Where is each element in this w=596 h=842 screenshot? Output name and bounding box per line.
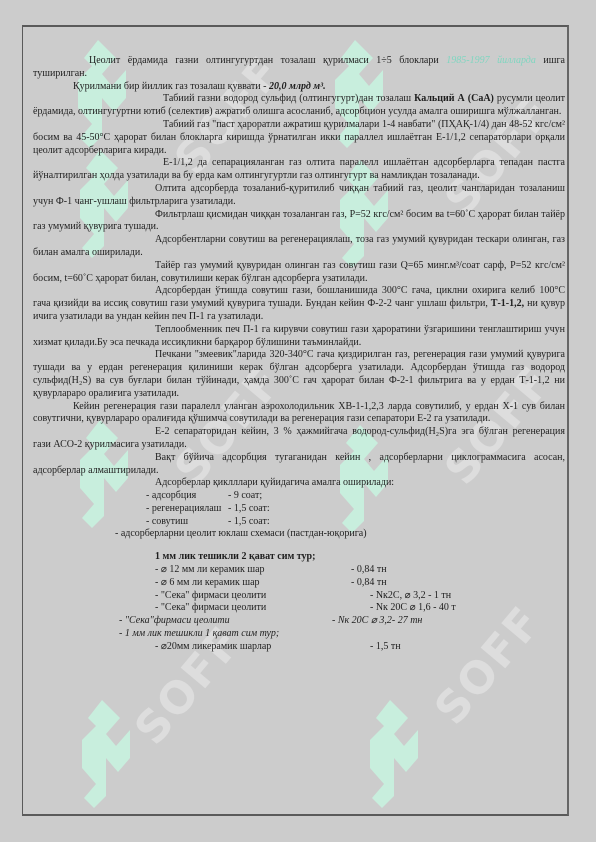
paragraph: Адсорбентларни совутиш ва регенерациялаш…: [33, 234, 565, 260]
paragraph: Кейин регенерация гази паралелл уланган …: [33, 401, 565, 427]
loading-item: - "Сека"фирмаси цеолити- Nк 20С ⌀ 3,2- 2…: [33, 615, 565, 628]
cycle-item: - адсорбция- 9 соат;: [33, 490, 565, 503]
zeolite-name: Кальций А (СаА): [414, 93, 494, 104]
loading-item-value: - Nк2С, ⌀ 3,2 - 1 тн: [370, 590, 451, 603]
loading-item-name: - ⌀ 12 мм ли керамик шар: [155, 564, 351, 577]
paragraph: Табиий газни водород сульфид (олтингугур…: [33, 93, 565, 119]
paragraph-text: Қурилмани бир йиллик газ тозалаш қуввати…: [73, 81, 269, 92]
equipment-code: Т-1-1,2,: [491, 298, 524, 309]
cycle-list: - адсорбция- 9 соат; - регенерациялаш- 1…: [33, 490, 565, 528]
cycle-name: - регенерациялаш: [146, 503, 228, 516]
capacity-value: 20,0 млрд м³.: [269, 81, 326, 92]
loading-item: - ⌀20мм ликерамик шарлар- 1,5 тн: [33, 641, 565, 654]
paragraph-text: Адсорбердан ўтишда совутиш гази, бошлани…: [33, 285, 565, 309]
paragraph: Е-2 сепараторидан кейин, 3 % ҳажмийгача …: [33, 426, 565, 452]
paragraph: Табиий газ "паст ҳароратли ажратиш қурил…: [33, 119, 565, 157]
cycle-duration: - 1,5 соат:: [228, 516, 270, 529]
loading-item: - "Сека" фирмаси цеолити- Nк 20С ⌀ 1,6 -…: [33, 602, 565, 615]
loading-item: - "Сека" фирмаси цеолити- Nк2С, ⌀ 3,2 - …: [33, 590, 565, 603]
loading-item-name: - "Сека" фирмаси цеолити: [155, 590, 370, 603]
paragraph: Е-1/1,2 да сепарацияланган газ олтита па…: [33, 157, 565, 183]
paragraph-text: Цеолит ёрдамида газни олтингугуртдан тоз…: [89, 55, 446, 66]
paragraph: Олтита адсорберда тозаланиб-қуритилиб чи…: [33, 183, 565, 209]
paragraph: Адсорбердан ўтишда совутиш гази, бошлани…: [33, 285, 565, 323]
paragraph: Теплообменник печ П-1 га кирувчи совутиш…: [33, 324, 565, 350]
loading-item-name: - "Сека"фирмаси цеолити: [119, 615, 332, 628]
loading-item-value: - 0,84 тн: [351, 564, 387, 577]
cycle-duration: - 9 соат;: [228, 490, 262, 503]
loading-list: - ⌀ 12 мм ли керамик шар- 0,84 тн - ⌀ 6 …: [33, 564, 565, 654]
loading-item: - 1 мм лик тешикли 1 қават сим тур;: [33, 628, 565, 641]
cycle-item: - регенерациялаш- 1,5 соат:: [33, 503, 565, 516]
loading-item-name: - ⌀20мм ликерамик шарлар: [155, 641, 370, 654]
loading-item-value: - 0,84 тн: [351, 577, 387, 590]
loading-item-name: - "Сека" фирмаси цеолити: [155, 602, 370, 615]
loading-item-name: - ⌀ 6 мм ли керамик шар: [155, 577, 351, 590]
cycle-duration: - 1,5 соат:: [228, 503, 270, 516]
paragraph-text: Табиий газни водород сульфид (олтингугур…: [163, 93, 414, 104]
cycle-item: - совутиш- 1,5 соат:: [33, 516, 565, 529]
loading-scheme-title: - адсорберларни цеолит юклаш схемаси (па…: [33, 528, 565, 541]
loading-heading: 1 мм лик тешикли 2 қават сим тур;: [33, 551, 565, 564]
loading-item-name: - 1 мм лик тешикли 1 қават сим тур;: [119, 628, 279, 641]
loading-item-value: - Nк 20С ⌀ 3,2- 27 тн: [332, 615, 422, 628]
paragraph: Адсорберлар қиклллари қуйидагича амалга …: [33, 477, 565, 490]
paragraph: Тайёр газ умумий қувуридан олинган газ с…: [33, 260, 565, 286]
highlighted-years: 1985-1997 йилларда: [446, 55, 536, 66]
cycle-name: - совутиш: [146, 516, 228, 529]
loading-item: - ⌀ 6 мм ли керамик шар- 0,84 тн: [33, 577, 565, 590]
document-body: Цеолит ёрдамида газни олтингугуртдан тоз…: [33, 55, 565, 654]
loading-item: - ⌀ 12 мм ли керамик шар- 0,84 тн: [33, 564, 565, 577]
paragraph: Цеолит ёрдамида газни олтингугуртдан тоз…: [33, 55, 565, 81]
paragraph: Вақт бўйича адсорбция тугаганидан кейин …: [33, 452, 565, 478]
loading-item-value: - Nк 20С ⌀ 1,6 - 40 т: [370, 602, 456, 615]
paragraph: Фильтрлаш қисмидан чиққан тозаланган газ…: [33, 209, 565, 235]
paragraph: Қурилмани бир йиллик газ тозалаш қуввати…: [33, 81, 565, 94]
loading-item-value: - 1,5 тн: [370, 641, 401, 654]
paragraph: Печкани "змеевик"ларида 320-340°С гача қ…: [33, 349, 565, 400]
cycle-name: - адсорбция: [146, 490, 228, 503]
